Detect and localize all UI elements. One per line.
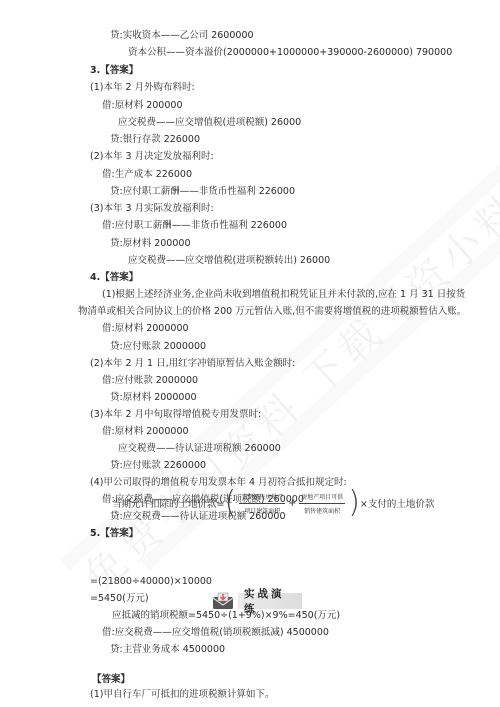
answer-heading: 5.【答案】 <box>90 528 138 540</box>
fraction-1: 当期销售房地产 项目建筑面积 <box>239 492 285 515</box>
text-line: 物清单或相关合同协议上的价格 200 万元暂估入账,但不需要将增值税的进项税额暂… <box>78 306 466 318</box>
text-line: 贷:原材料 200000 <box>110 238 191 250</box>
fraction-2-denominator: 销售建筑面积 <box>302 504 342 515</box>
fraction-2-numerator: 房地产项目可供 <box>299 492 345 504</box>
text-line: (3)本年 3 月实际发放福利时: <box>90 203 214 215</box>
text-line: (3)本年 2 月中旬取得增值税专用发票时: <box>90 409 261 421</box>
banner-title: 实战演练 <box>238 593 302 609</box>
fraction-2: 房地产项目可供 销售建筑面积 <box>299 492 345 515</box>
text-line: (2)本年 3 月决定发放福利时: <box>90 151 214 163</box>
text-line: (1)本年 2 月外购布料时: <box>90 82 195 94</box>
fraction-1-denominator: 项目建筑面积 <box>242 504 282 515</box>
text-line: 借:生产成本 226000 <box>102 169 192 181</box>
text-line: 贷:主营业务成本 4500000 <box>110 644 225 656</box>
text-line: 贷:应付账款 2260000 <box>110 460 206 472</box>
land-price-formula: 当期允许扣除的土地价款= ( 当期销售房地产 项目建筑面积 + 房地产项目可供 … <box>112 488 434 518</box>
practice-banner: 实战演练 <box>212 588 302 614</box>
text-line: 应交税费——应交增值税(进项税额转出) 26000 <box>128 255 330 267</box>
document-page: 免费学习资料 下载【资小料】APP 贷:实收资本——乙公司 2600000资本公… <box>0 0 500 707</box>
plus-sign: + <box>288 498 296 509</box>
text-line: (2)本年 2 月 1 日,用红字冲销原暂估入账金额时: <box>90 358 295 370</box>
text-line: 贷:应付职工薪酬——非货币性福利 226000 <box>110 186 295 198</box>
text-line: 借:原材料 2000000 <box>102 426 189 438</box>
left-paren: ( <box>224 488 236 518</box>
envelope-download-icon <box>212 592 234 610</box>
formula-lhs: 当期允许扣除的土地价款= <box>112 496 224 510</box>
text-line: 贷:原材料 2000000 <box>110 392 197 404</box>
text-line: (1)根据上述经济业务,企业尚未收到增值税扣税凭证且并未付款的,应在 1 月 3… <box>102 289 465 301</box>
text-line: =5450(万元) <box>90 593 149 605</box>
text-line: 应交税费——待认证进项税额 260000 <box>118 443 281 455</box>
answer-heading: 3.【答案】 <box>90 65 138 77</box>
answer-heading: 4.【答案】 <box>90 272 138 284</box>
text-line: 贷:实收资本——乙公司 2600000 <box>110 30 254 42</box>
text-line: =(21800÷40000)×10000 <box>90 576 212 588</box>
text-line: 借:原材料 2000000 <box>102 323 189 335</box>
text-line: 借:应交税费——应交增值税(销项税额抵减) 4500000 <box>102 627 329 639</box>
text-line: 借:原材料 200000 <box>102 100 183 112</box>
answer-heading: 【答案】 <box>92 674 130 686</box>
formula-rhs: ×支付的土地价款 <box>360 496 434 510</box>
fraction-1-numerator: 当期销售房地产 <box>239 492 285 504</box>
text-line: 应交税费——应交增值税(进项税额) 26000 <box>118 117 301 129</box>
text-line: 贷:应付账款 2000000 <box>110 341 206 353</box>
right-paren: ) <box>348 488 360 518</box>
text-line: 资本公积——资本溢价(2000000+1000000+390000-260000… <box>128 47 452 59</box>
text-line: 借:应付职工薪酬——非货币性福利 226000 <box>102 220 287 232</box>
text-line: 贷:银行存款 226000 <box>110 134 200 146</box>
text-line: (1)甲自行车厂可抵扣的进项税额计算如下。 <box>90 689 274 701</box>
text-line: 借:应付账款 2000000 <box>102 375 198 387</box>
